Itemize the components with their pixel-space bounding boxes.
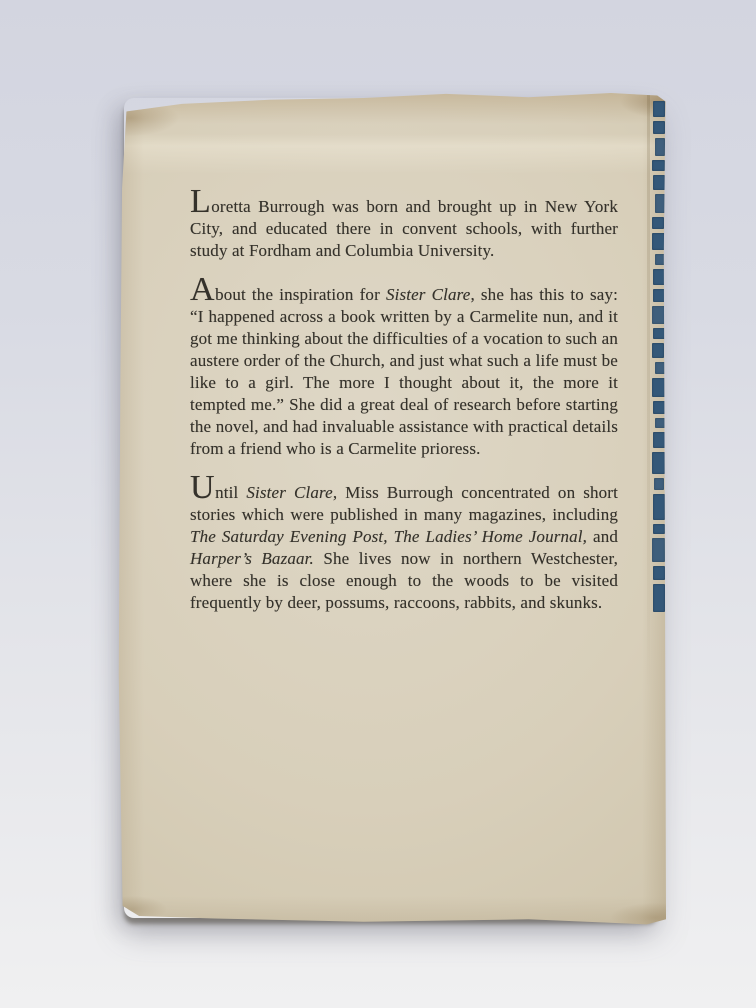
bio-paragraph-1: Loretta Burrough was born and brought up… bbox=[190, 196, 618, 262]
paragraph-initial: L bbox=[190, 183, 211, 220]
paragraph-initial: A bbox=[190, 271, 215, 308]
photo-background: Loretta Burrough was born and brought up… bbox=[0, 0, 756, 1008]
spine-dash bbox=[652, 306, 665, 324]
spine-dash bbox=[652, 233, 665, 250]
spine-dash bbox=[655, 138, 665, 156]
spine-dash bbox=[653, 566, 665, 580]
text-segment: bout the inspiration for bbox=[215, 285, 386, 304]
spine-dash bbox=[655, 194, 665, 213]
spine-dash bbox=[653, 494, 665, 520]
spine-dash bbox=[653, 328, 665, 339]
bio-paragraph-2: About the inspiration for Sister Clare, … bbox=[190, 284, 618, 460]
paragraph-initial: U bbox=[190, 469, 215, 506]
spine-dash bbox=[654, 478, 664, 490]
text-segment: and bbox=[587, 527, 618, 546]
spine-dash bbox=[655, 362, 665, 374]
spine-dash bbox=[653, 524, 665, 534]
bio-paragraph-3: Until Sister Clare, Miss Burrough concen… bbox=[190, 482, 618, 614]
text-segment-italic: The Ladies’ Home Journal, bbox=[394, 527, 587, 546]
spine-dash bbox=[655, 254, 665, 265]
spine-dash bbox=[653, 432, 665, 448]
spine-dash bbox=[652, 160, 665, 171]
spine-dash bbox=[652, 343, 664, 358]
spine-dash bbox=[652, 538, 665, 562]
text-segment-italic: Harper’s Bazaar. bbox=[190, 549, 314, 568]
book-back-cover: Loretta Burrough was born and brought up… bbox=[116, 88, 666, 926]
spine-dash bbox=[652, 217, 664, 229]
text-segment: , she has this to say: “I happened acros… bbox=[190, 285, 618, 458]
text-segment-italic: The Saturday Evening Post, bbox=[190, 527, 388, 546]
text-segment-italic: Sister Clare bbox=[246, 483, 332, 502]
text-segment: oretta Burrough was born and brought up … bbox=[190, 197, 618, 260]
author-bio: Loretta Burrough was born and brought up… bbox=[190, 196, 618, 614]
spine-dash bbox=[653, 289, 665, 302]
spine-dash bbox=[653, 269, 665, 285]
spine-dash bbox=[653, 101, 665, 117]
spine-dash bbox=[655, 418, 665, 428]
spine-dash bbox=[653, 175, 665, 190]
spine-pattern bbox=[650, 101, 665, 612]
text-segment: ntil bbox=[215, 483, 246, 502]
spine-dash bbox=[653, 584, 665, 612]
text-segment-italic: Sister Clare bbox=[386, 285, 471, 304]
spine-dash bbox=[652, 452, 665, 474]
spine-dash bbox=[653, 121, 665, 134]
spine-dash bbox=[653, 401, 665, 414]
spine-dash bbox=[652, 378, 665, 397]
